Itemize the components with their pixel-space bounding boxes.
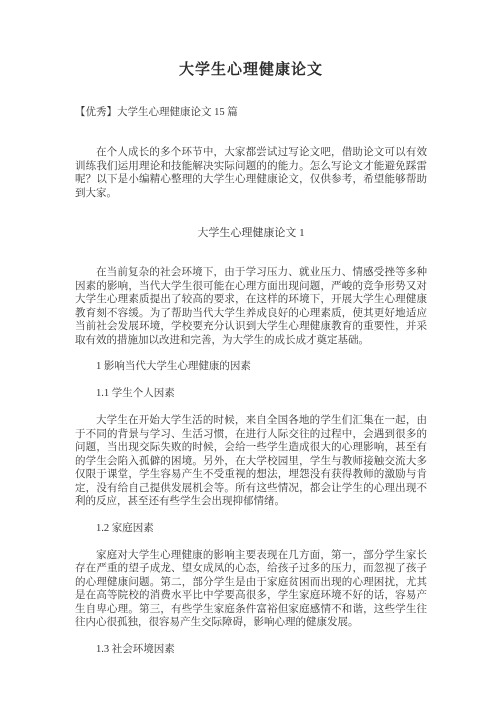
section-heading-1-3: 1.3 社会环境因素 — [75, 643, 427, 657]
document-page: 大学生心理健康论文 【优秀】大学生心理健康论文 15 篇 在个人成长的多个环节中… — [0, 0, 500, 708]
personal-factor-paragraph: 大学生在开始大学生活的时候，来自全国各地的学生们汇集在一起，由于不同的背景与学习… — [75, 414, 427, 509]
section-heading-1-2: 1.2 家庭因素 — [75, 522, 427, 536]
intro-paragraph: 在个人成长的多个环节中，大家都尝试过写论文吧，借助论文可以有效训练我们运用理论和… — [75, 146, 427, 200]
chapter-title: 大学生心理健康论文 1 — [75, 226, 427, 240]
section-heading-1-1: 1.1 学生个人因素 — [75, 387, 427, 401]
document-title: 大学生心理健康论文 — [75, 60, 427, 80]
overview-paragraph: 在当前复杂的社会环境下，由于学习压力、就业压力、情感受挫等多种因素的影响，当代大… — [75, 266, 427, 347]
family-factor-paragraph: 家庭对大学生心理健康的影响主要表现在几方面，第一，部分学生家长存在严重的望子成龙… — [75, 549, 427, 630]
section-heading-1: 1 影响当代大学生心理健康的因素 — [75, 360, 427, 374]
collection-badge-line: 【优秀】大学生心理健康论文 15 篇 — [75, 106, 427, 120]
